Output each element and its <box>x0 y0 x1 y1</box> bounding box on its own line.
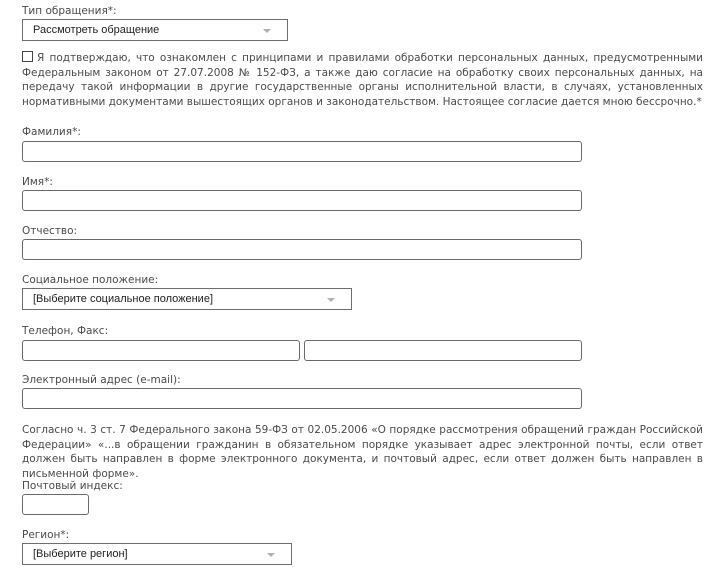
chevron-down-icon <box>267 553 275 557</box>
phone-input[interactable] <box>22 340 300 361</box>
request-type-label: Тип обращения*: <box>22 5 117 18</box>
region-select[interactable]: [Выберите регион] <box>22 543 292 565</box>
email-label: Электронный адрес (e-mail): <box>22 374 181 387</box>
email-input[interactable] <box>22 388 582 409</box>
region-label: Регион*: <box>22 529 69 542</box>
last-name-label: Фамилия*: <box>22 126 81 139</box>
legal-notice: Согласно ч. 3 ст. 7 Федерального закона … <box>22 423 703 481</box>
social-status-select[interactable]: [Выберите социальное положение] <box>22 288 352 310</box>
consent-checkbox[interactable] <box>22 51 33 62</box>
first-name-input[interactable] <box>22 190 582 211</box>
chevron-down-icon <box>327 298 335 302</box>
social-status-value: [Выберите социальное положение] <box>33 293 213 305</box>
social-status-label: Социальное положение: <box>22 274 158 287</box>
request-type-select[interactable]: Рассмотреть обращение <box>22 19 288 41</box>
postal-code-label: Почтовый индекс: <box>22 480 123 493</box>
request-type-value: Рассмотреть обращение <box>33 24 159 36</box>
region-value: [Выберите регион] <box>33 548 128 560</box>
patronymic-input[interactable] <box>22 239 582 260</box>
consent-text: Я подтверждаю, что ознакомлен с принципа… <box>22 52 703 108</box>
first-name-label: Имя*: <box>22 176 53 189</box>
last-name-input[interactable] <box>22 141 582 162</box>
phone-fax-label: Телефон, Факс: <box>22 325 108 338</box>
postal-code-input[interactable] <box>22 494 89 515</box>
fax-input[interactable] <box>304 340 582 361</box>
patronymic-label: Отчество: <box>22 225 77 238</box>
consent-block: Я подтверждаю, что ознакомлен с принципа… <box>22 51 703 109</box>
chevron-down-icon <box>263 29 271 33</box>
